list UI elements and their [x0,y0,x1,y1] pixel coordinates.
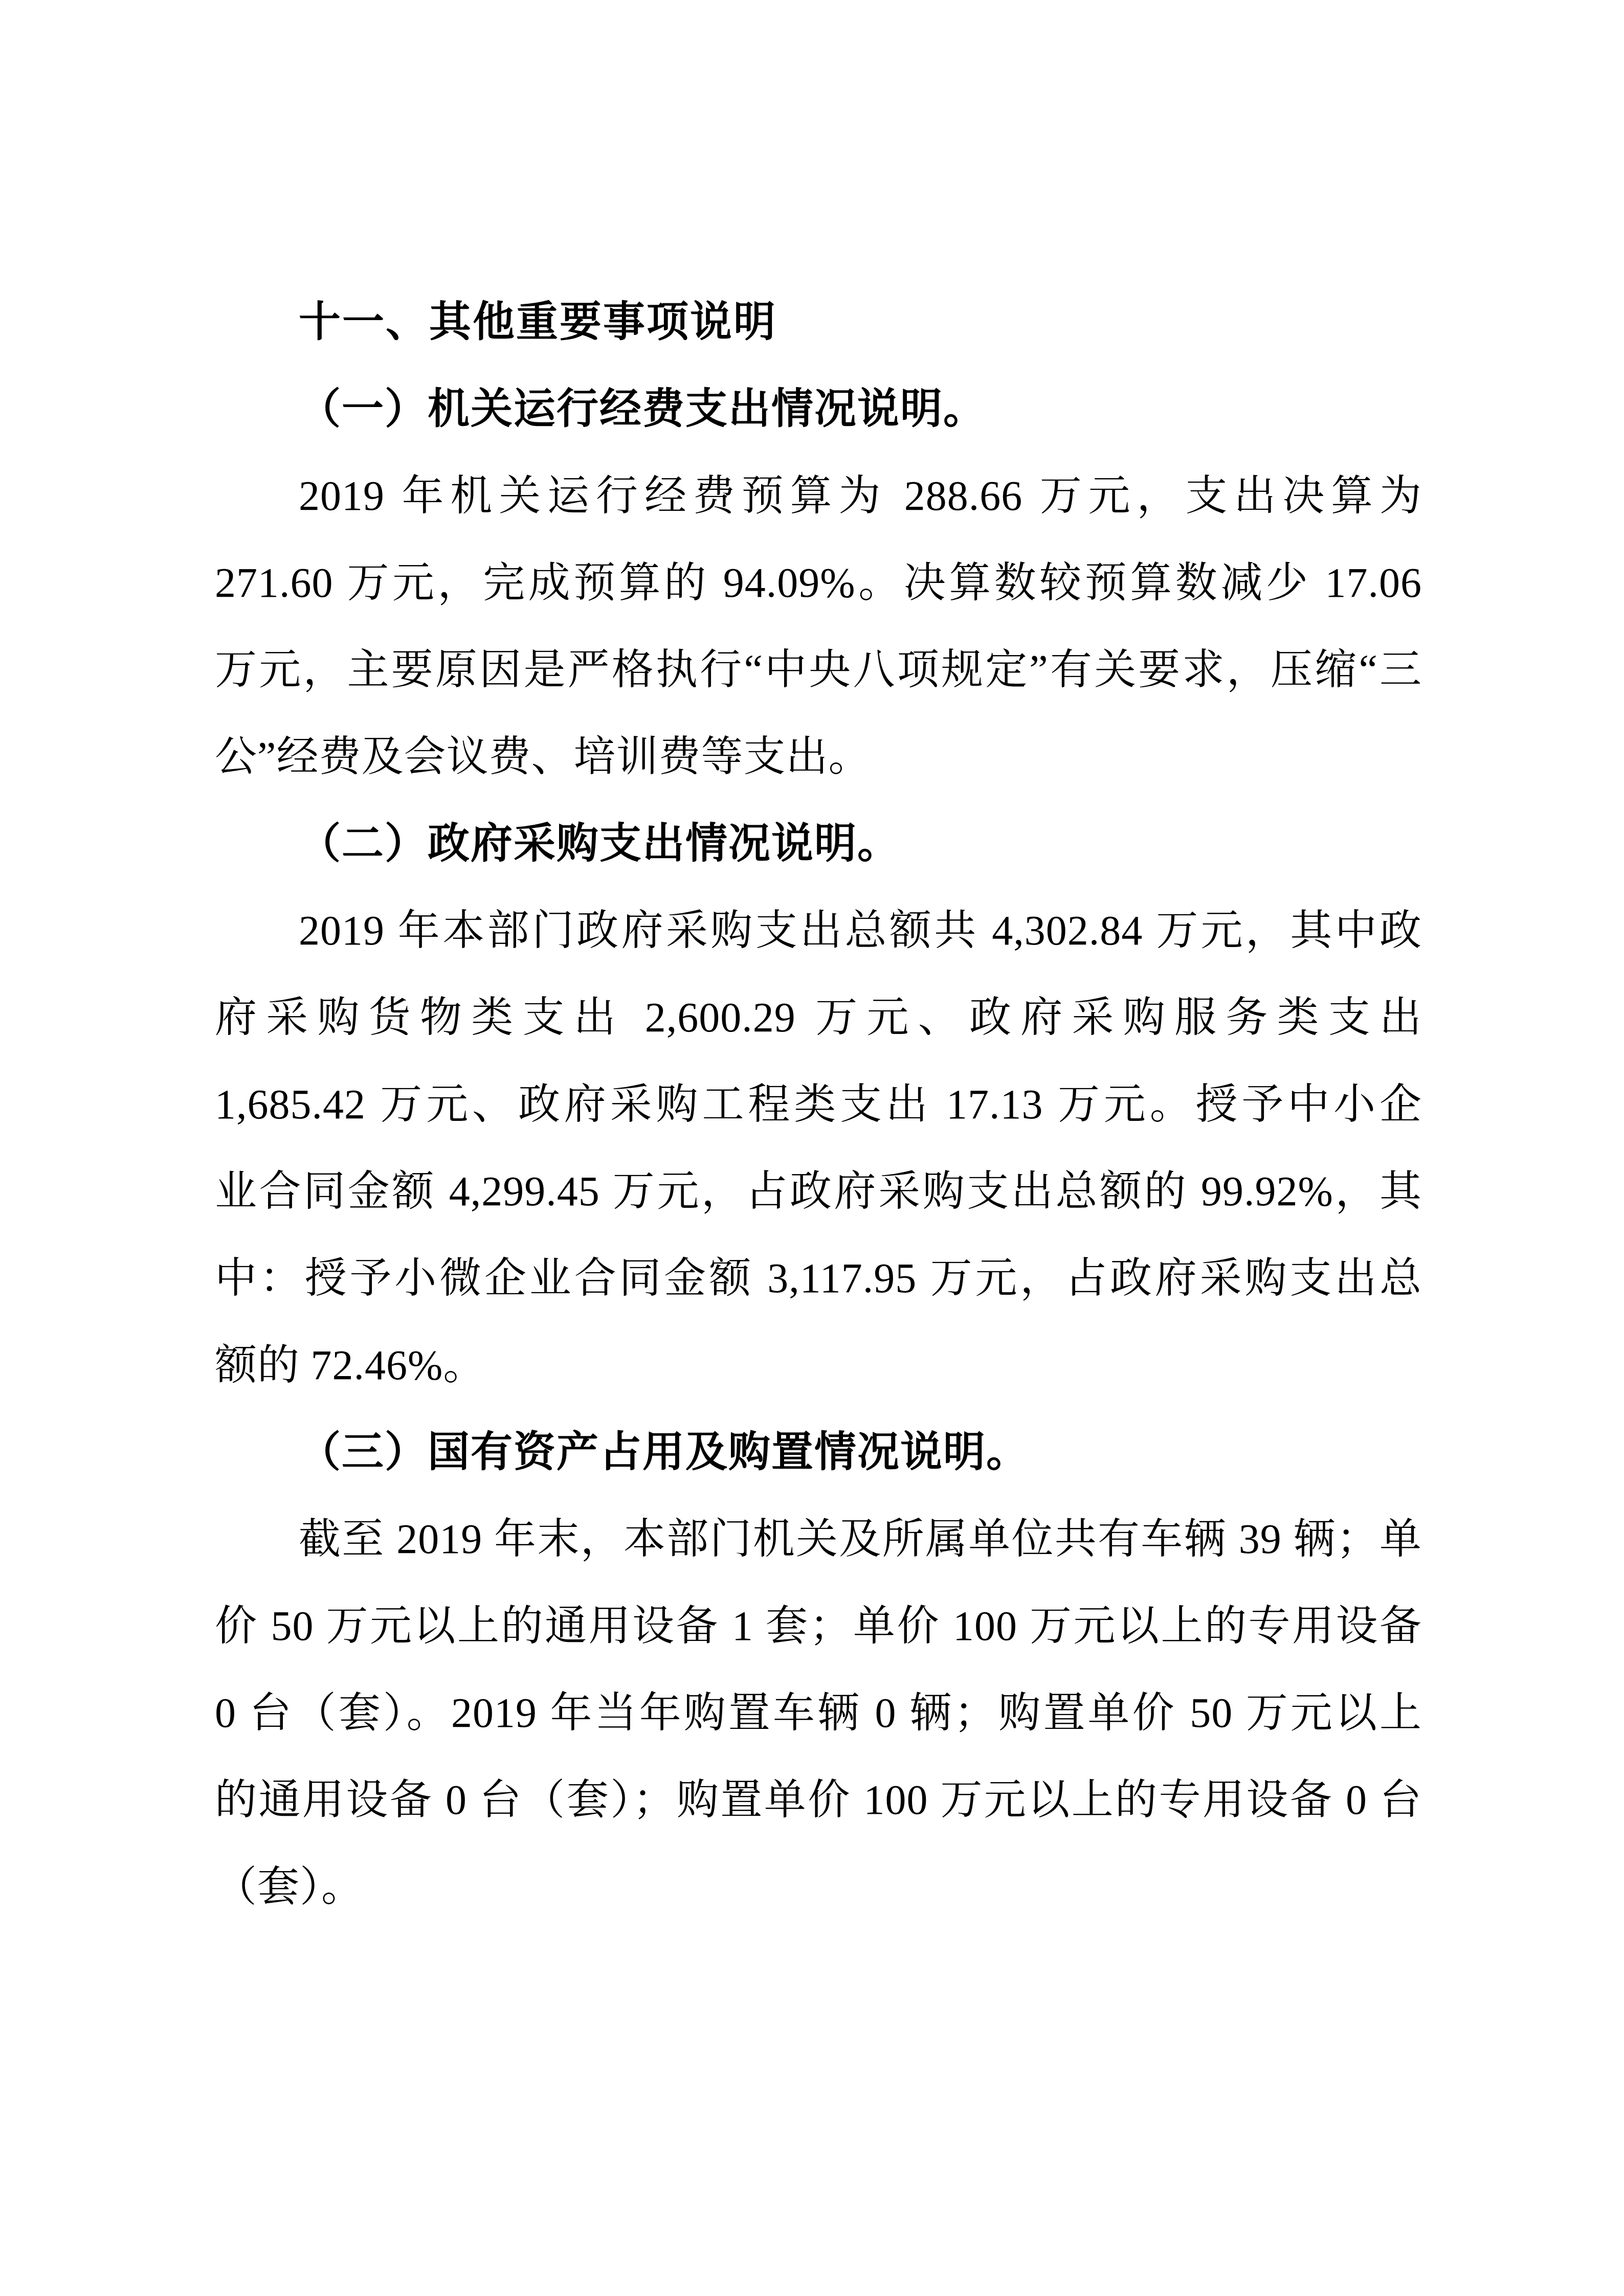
document-body: 十一、其他重要事项说明 （一）机关运行经费支出情况说明。 2019 年机关运行经… [215,0,1422,1930]
section-2-line: 府采购货物类支出 2,600.29 万元、政府采购服务类支出 [215,974,1422,1061]
section-2-line: 业合同金额 4,299.45 万元，占政府采购支出总额的 99.92%，其 [215,1148,1422,1235]
section-3-line: 0 台（套）。2019 年当年购置车辆 0 辆；购置单价 50 万元以上 [215,1670,1422,1757]
section-2-line: 2019 年本部门政府采购支出总额共 4,302.84 万元，其中政 [215,887,1422,974]
section-1-line: 2019 年机关运行经费预算为 288.66 万元，支出决算为 [215,453,1422,539]
section-2-heading: （二）政府采购支出情况说明。 [215,800,1422,887]
section-2-line: 中：授予小微企业合同金额 3,117.95 万元，占政府采购支出总 [215,1235,1422,1322]
section-3-line: 的通用设备 0 台（套）；购置单价 100 万元以上的专用设备 0 台 [215,1757,1422,1843]
section-1-line: 公”经费及会议费、培训费等支出。 [215,713,1422,800]
document-page: 十一、其他重要事项说明 （一）机关运行经费支出情况说明。 2019 年机关运行经… [0,0,1624,2296]
section-2-line: 额的 72.46%。 [215,1322,1422,1409]
section-3-line: （套）。 [215,1843,1422,1930]
section-3-heading: （三）国有资产占用及购置情况说明。 [215,1409,1422,1496]
main-heading: 十一、其他重要事项说明 [215,279,1422,366]
section-2-line: 1,685.42 万元、政府采购工程类支出 17.13 万元。授予中小企 [215,1061,1422,1148]
section-1-line: 271.60 万元，完成预算的 94.09%。决算数较预算数减少 17.06 [215,539,1422,626]
section-3-line: 价 50 万元以上的通用设备 1 套；单价 100 万元以上的专用设备 [215,1583,1422,1670]
section-1-line: 万元，主要原因是严格执行“中央八项规定”有关要求，压缩“三 [215,626,1422,713]
section-1-heading: （一）机关运行经费支出情况说明。 [215,366,1422,453]
section-3-line: 截至 2019 年末，本部门机关及所属单位共有车辆 39 辆；单 [215,1496,1422,1583]
